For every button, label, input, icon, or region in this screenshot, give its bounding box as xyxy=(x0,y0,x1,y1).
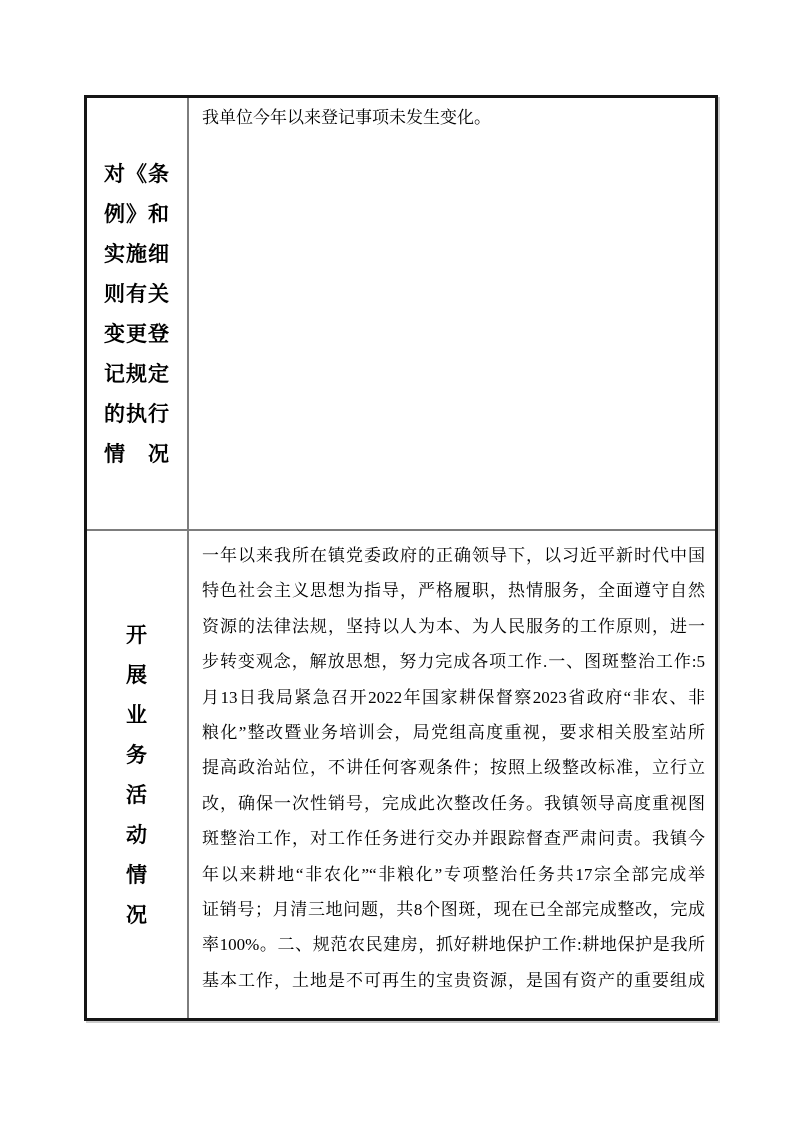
row1-label-line: 实施细 xyxy=(104,234,170,274)
row1-label-line: 的执行 xyxy=(104,394,170,434)
paragraph-line: 斑整治工作，对工作任务进行交办并跟踪督查严肃问责。我镇今 xyxy=(202,821,705,856)
paragraph-line: 月13日我局紧急召开2022年国家耕保督察2023省政府“非农、非 xyxy=(202,680,705,715)
paragraph-line: 特色社会主义思想为指导，严格履职，热情服务，全面遵守自然 xyxy=(202,573,705,608)
row1-label-line: 例》和 xyxy=(104,194,170,234)
paragraph-line: 年以来耕地“非农化”“非粮化”专项整治任务共17宗全部完成举 xyxy=(202,857,705,892)
row2-label-char: 活 xyxy=(126,775,148,815)
paragraph-line: 提高政治站位，不讲任何客观条件；按照上级整改标准，立行立 xyxy=(202,750,705,785)
paragraph-line: 资源的法律法规，坚持以人为本、为人民服务的工作原则，进一 xyxy=(202,609,705,644)
row1-label-line: 对《条 xyxy=(104,154,170,194)
row2-label-char: 况 xyxy=(126,895,148,935)
paragraph-line: 粮化”整改暨业务培训会，局党组高度重视，要求相关股室站所 xyxy=(202,715,705,750)
row2-label-char: 情 xyxy=(126,855,148,895)
paragraph-line: 步转变观念，解放思想，努力完成各项工作.一、图斑整治工作:5 xyxy=(202,644,705,679)
row1-content-cell: 我单位今年以来登记事项未发生变化。 xyxy=(189,98,715,531)
row1-label-line: 变更登 xyxy=(104,314,170,354)
row1-content-text: 我单位今年以来登记事项未发生变化。 xyxy=(202,101,705,135)
row2-label-cell-business-activities: 开 展 业 务 活 动 情 况 xyxy=(87,531,189,1018)
row2-label-char: 展 xyxy=(126,655,148,695)
row2-label-char: 动 xyxy=(126,815,148,855)
paragraph-line: 改，确保一次性销号，完成此次整改任务。我镇领导高度重视图 xyxy=(202,786,705,821)
row2-label-char: 务 xyxy=(126,735,148,775)
report-form-table: 对《条 例》和 实施细 则有关 变更登 记规定 的执行 情 况 我单位今年以来登… xyxy=(84,95,718,1021)
paragraph-line: 基本工作，土地是不可再生的宝贵资源，是国有资产的重要组成 xyxy=(202,963,705,998)
row2-content-cell: 一年以来我所在镇党委政府的正确领导下，以习近平新时代中国 特色社会主义思想为指导… xyxy=(189,531,715,1018)
row2-label-char: 业 xyxy=(126,695,148,735)
row1-label-line: 情 况 xyxy=(104,434,170,474)
row2-label-char: 开 xyxy=(126,615,148,655)
paragraph-line: 率100%。二、规范农民建房，抓好耕地保护工作:耕地保护是我所 xyxy=(202,927,705,962)
document-page: 对《条 例》和 实施细 则有关 变更登 记规定 的执行 情 况 我单位今年以来登… xyxy=(0,0,794,1122)
row1-label-cell-regulation-compliance: 对《条 例》和 实施细 则有关 变更登 记规定 的执行 情 况 xyxy=(87,98,189,531)
paragraph-line: 一年以来我所在镇党委政府的正确领导下，以习近平新时代中国 xyxy=(202,538,705,573)
row1-label-line: 记规定 xyxy=(104,354,170,394)
paragraph-line: 证销号；月清三地问题，共8个图斑，现在已全部完成整改，完成 xyxy=(202,892,705,927)
row1-label-line: 则有关 xyxy=(104,274,170,314)
